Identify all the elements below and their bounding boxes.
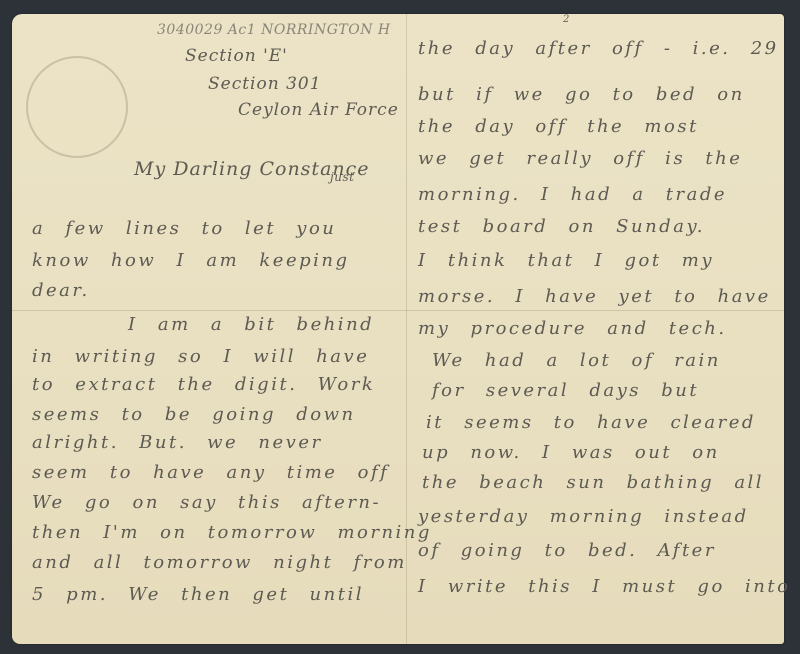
letter-line: I think that I got my [418, 250, 714, 271]
letter-line: test board on Sunday. [418, 216, 705, 237]
letter-line: a few lines to let you [32, 218, 336, 239]
letter-line: know how I am keeping [32, 250, 349, 271]
letter-line: then I'm on tomorrow morning [32, 522, 432, 543]
letter-line: seems to be going down [32, 404, 356, 425]
letter-line: I write this I must go into [418, 576, 790, 597]
address-line-1: Section 'E' [185, 46, 288, 66]
letter-line: up now. I was out on [422, 442, 720, 463]
letter-line: the day after off - i.e. 29 hours [418, 38, 800, 59]
letter-line: we get really off is the [418, 148, 742, 169]
letter-line: 5 pm. We then get until [32, 584, 364, 605]
letter-line: I am a bit behind [128, 314, 374, 335]
letter-line: of going to bed. After [418, 540, 716, 561]
letter-line: alright. But. we never [32, 432, 323, 453]
letter-line: We had a lot of rain [432, 350, 721, 371]
letter-line: morning. I had a trade [418, 184, 727, 205]
letter-line: for several days but [432, 380, 699, 401]
letter-line: the beach sun bathing all [422, 472, 764, 493]
page-number: 2 [563, 14, 570, 25]
letter-line: We go on say this aftern- [32, 492, 381, 513]
scanned-letter: stamp (illegible) 2 3040029 Ac1 NORRINGT… [0, 0, 800, 654]
letter-line: dear. [32, 280, 90, 301]
letter-line: yesterday morning instead [418, 506, 749, 527]
letter-line: it seems to have cleared [426, 412, 756, 433]
address-line-3: Ceylon Air Force [238, 100, 399, 120]
letter-line: to extract the digit. Work [32, 374, 375, 395]
service-id: 3040029 Ac1 NORRINGTON H [157, 22, 391, 38]
address-line-2: Section 301 [208, 74, 322, 94]
letter-line: just [330, 170, 354, 184]
letter-line: and all tomorrow night from [32, 552, 407, 573]
letter-line: in writing so I will have [32, 346, 369, 367]
letter-line: morse. I have yet to have [418, 286, 771, 307]
letter-line: but if we go to bed on [418, 84, 745, 105]
letter-line: seem to have any time off [32, 462, 389, 483]
letter-line: the day off the most [418, 116, 699, 137]
letter-line: my procedure and tech. [418, 318, 727, 339]
